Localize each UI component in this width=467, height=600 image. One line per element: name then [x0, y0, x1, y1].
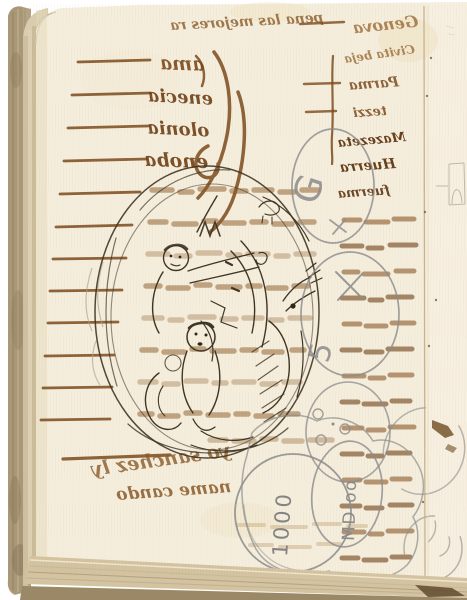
mirrored-word: enecia	[147, 85, 213, 109]
mirrored-word: olonia	[147, 117, 210, 141]
inscription-md: MD:oo	[339, 479, 361, 541]
mirrored-word: tezzi	[352, 104, 387, 121]
book-illustration: pena las mejores ra ama enecia olonia en…	[0, 0, 467, 600]
mirrored-word: ama	[159, 52, 204, 76]
manuscript-photo: pena las mejores ra ama enecia olonia en…	[0, 0, 467, 600]
inscription-1000: 1000	[268, 490, 297, 557]
